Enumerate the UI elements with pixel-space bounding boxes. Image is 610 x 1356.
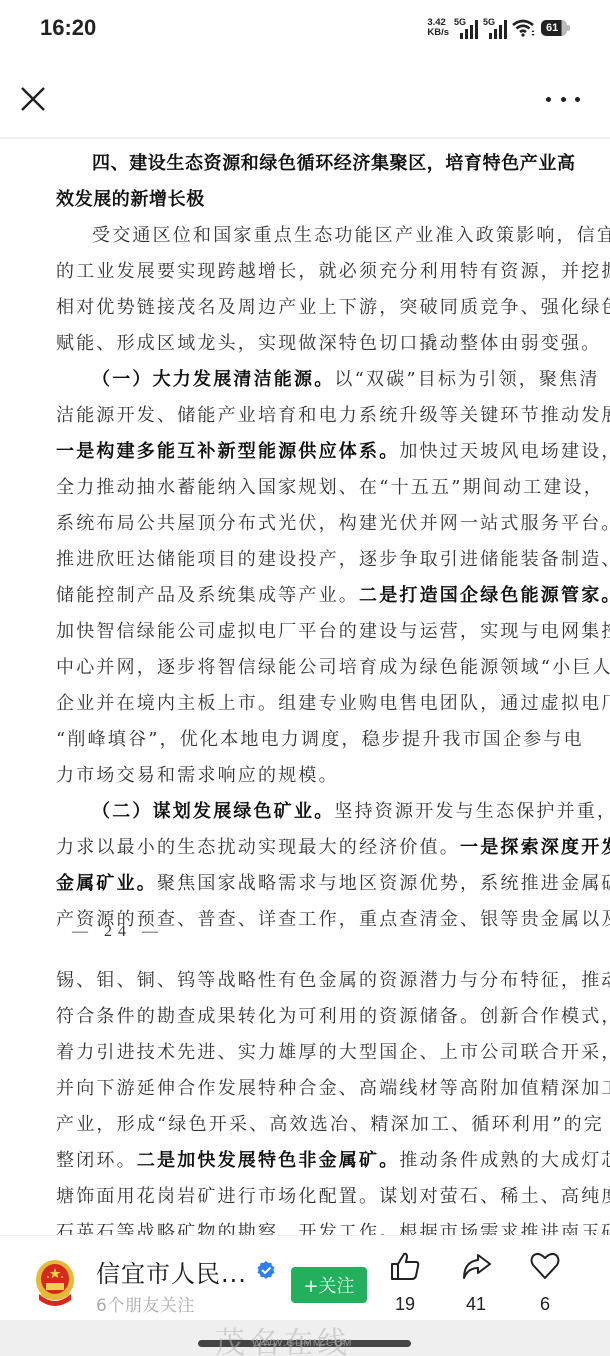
- bold-point: 一是探索深度开发: [460, 837, 610, 858]
- text: 加快过天坡风电场建设，: [399, 441, 610, 462]
- paragraph-line: 塘饰面用花岗岩矿进行市场化配置。谋划对萤石、稀土、高纯度: [56, 1179, 566, 1215]
- text: 力求以最小的生态扰动实现最大的经济价值。: [56, 837, 460, 858]
- share-count: 41: [466, 1294, 486, 1315]
- like-count: 19: [395, 1294, 415, 1315]
- share-icon: [460, 1250, 492, 1282]
- paragraph-line: （二）谋划发展绿色矿业。坚持资源开发与生态保护并重，: [56, 794, 566, 830]
- section-heading: 四、建设生态资源和绿色循环经济集聚区，培育特色产业高: [56, 146, 566, 182]
- status-time: 16:20: [40, 15, 96, 41]
- signal-icon: 5G: [483, 17, 507, 39]
- paragraph-line: 力求以最小的生态扰动实现最大的经济价值。一是探索深度开发: [56, 830, 566, 866]
- favorite-button[interactable]: 6: [520, 1250, 570, 1315]
- status-bar: 16:20 3.42 KB/s 5G 5G 61: [0, 0, 610, 58]
- wifi-icon: [512, 19, 536, 37]
- paragraph-line: 金属矿业。聚焦国家战略需求与地区资源优势，系统推进金属矿: [56, 866, 566, 902]
- paragraph-line: 企业并在境内主板上市。组建专业购电售电团队，通过虚拟电厂: [56, 686, 566, 722]
- paragraph-line: 产业，形成“绿色开采、高效选冶、精深加工、循环利用”的完: [56, 1107, 566, 1143]
- like-button[interactable]: 19: [380, 1250, 430, 1315]
- account-name[interactable]: 信宜市人民...: [96, 1254, 247, 1289]
- subsection-title: （二）谋划发展绿色矿业。: [92, 801, 334, 822]
- thumbs-up-icon: [389, 1250, 421, 1282]
- favorite-count: 6: [540, 1294, 550, 1315]
- paragraph-line: 推进欣旺达储能项目的建设投产，逐步争取引进储能装备制造、: [56, 542, 566, 578]
- bold-point: 金属矿业。: [56, 873, 157, 894]
- section-heading: 效发展的新增长极: [56, 182, 566, 218]
- follow-button[interactable]: +关注: [291, 1267, 367, 1303]
- page-number: — 24 —: [72, 923, 164, 941]
- network-speed-unit: KB/s: [427, 28, 449, 38]
- paragraph-line: 并向下游延伸合作发展特种合金、高端线材等高附加值精深加工: [56, 1071, 566, 1107]
- watermark-url: WWW.GDMM.COM: [252, 1338, 352, 1349]
- verified-badge-icon: [256, 1260, 276, 1280]
- paragraph-line: 储能控制产品及系统集成等产业。二是打造国企绿色能源管家。: [56, 578, 566, 614]
- paragraph-line: 受交通区位和国家重点生态功能区产业准入政策影响，信宜: [56, 218, 566, 254]
- paragraph-line: 石英石等战略矿物的勘察、开发工作。根据市场需求推进南玉矿: [56, 1215, 566, 1235]
- text: 储能控制产品及系统集成等产业。: [56, 585, 359, 606]
- sim2-label: 5G: [483, 17, 495, 27]
- paragraph-line: 一是构建多能互补新型能源供应体系。加快过天坡风电场建设，: [56, 434, 566, 470]
- text: 整闭环。: [56, 1150, 137, 1171]
- paragraph-line: 锡、钼、铜、钨等战略性有色金属的资源潜力与分布特征，推动: [56, 963, 566, 999]
- text: 推动条件成熟的大成灯芯: [399, 1150, 610, 1171]
- text: 坚持资源开发与生态保护并重，: [334, 801, 610, 822]
- paragraph-line: 整闭环。二是加快发展特色非金属矿。推动条件成熟的大成灯芯: [56, 1143, 566, 1179]
- article-content[interactable]: 四、建设生态资源和绿色循环经济集聚区，培育特色产业高 效发展的新增长极 受交通区…: [0, 140, 610, 1235]
- document-page: 四、建设生态资源和绿色循环经济集聚区，培育特色产业高 效发展的新增长极 受交通区…: [56, 146, 566, 938]
- text: 以“双碳”目标为引领，聚焦清: [334, 369, 599, 390]
- subsection-title: （一）大力发展清洁能源。: [92, 369, 334, 390]
- sim1-label: 5G: [454, 17, 466, 27]
- close-icon[interactable]: [18, 84, 48, 114]
- paragraph-line: 相对优势链接茂名及周边产业上下游，突破同质竞争、强化绿色: [56, 290, 566, 326]
- network-speed: 3.42 KB/s: [427, 18, 449, 38]
- battery-icon: 61: [541, 20, 570, 36]
- paragraph-line: 洁能源开发、储能产业培育和电力系统升级等关键环节推动发展。: [56, 398, 566, 434]
- share-button[interactable]: 41: [451, 1250, 501, 1315]
- paragraph-line: 力市场交易和需求响应的规模。: [56, 758, 566, 794]
- paragraph-line: 着力引进技术先进、实力雄厚的大型国企、上市公司联合开采，: [56, 1035, 566, 1071]
- text: 聚焦国家战略需求与地区资源优势，系统推进金属矿: [157, 873, 610, 894]
- paragraph-line: 中心并网，逐步将智信绿能公司培育成为绿色能源领域“小巨人”: [56, 650, 566, 686]
- paragraph-line: 全力推动抽水蓄能纳入国家规划、在“十五五”期间动工建设，: [56, 470, 566, 506]
- account-footer: 信宜市人民... 6个朋友关注 +关注 19 41 6: [0, 1235, 610, 1320]
- divider: [0, 137, 610, 139]
- avatar[interactable]: [35, 1258, 75, 1310]
- signal-icon: 5G: [454, 17, 478, 39]
- bold-point: 二是打造国企绿色能源管家。: [359, 585, 610, 606]
- paragraph-line: （一）大力发展清洁能源。以“双碳”目标为引领，聚焦清: [56, 362, 566, 398]
- paragraph-line: 系统布局公共屋顶分布式光伏，构建光伏并网一站式服务平台。: [56, 506, 566, 542]
- heart-icon: [529, 1250, 561, 1282]
- nav-bar: [0, 58, 610, 138]
- paragraph-line: 赋能、形成区域龙头，实现做深特色切口撬动整体由弱变强。: [56, 326, 566, 362]
- document-page: 锡、钼、铜、钨等战略性有色金属的资源潜力与分布特征，推动 符合条件的勘查成果转化…: [56, 963, 566, 1235]
- bold-point: 二是加快发展特色非金属矿。: [137, 1150, 400, 1171]
- battery-level: 61: [541, 20, 567, 36]
- paragraph-line: 加快智信绿能公司虚拟电厂平台的建设与运营，实现与电网集控: [56, 614, 566, 650]
- watermark: 茂名在线: [215, 1318, 351, 1356]
- status-icons: 3.42 KB/s 5G 5G 61: [427, 15, 570, 41]
- bold-point: 一是构建多能互补新型能源供应体系。: [56, 441, 399, 462]
- paragraph-line: 符合条件的勘查成果转化为可利用的资源储备。创新合作模式，: [56, 999, 566, 1035]
- paragraph-line: “削峰填谷”，优化本地电力调度，稳步提升我市国企参与电: [56, 722, 566, 758]
- more-icon[interactable]: [546, 88, 580, 110]
- friends-following: 6个朋友关注: [96, 1291, 195, 1316]
- paragraph-line: 的工业发展要实现跨越增长，就必须充分利用特有资源，并挖掘: [56, 254, 566, 290]
